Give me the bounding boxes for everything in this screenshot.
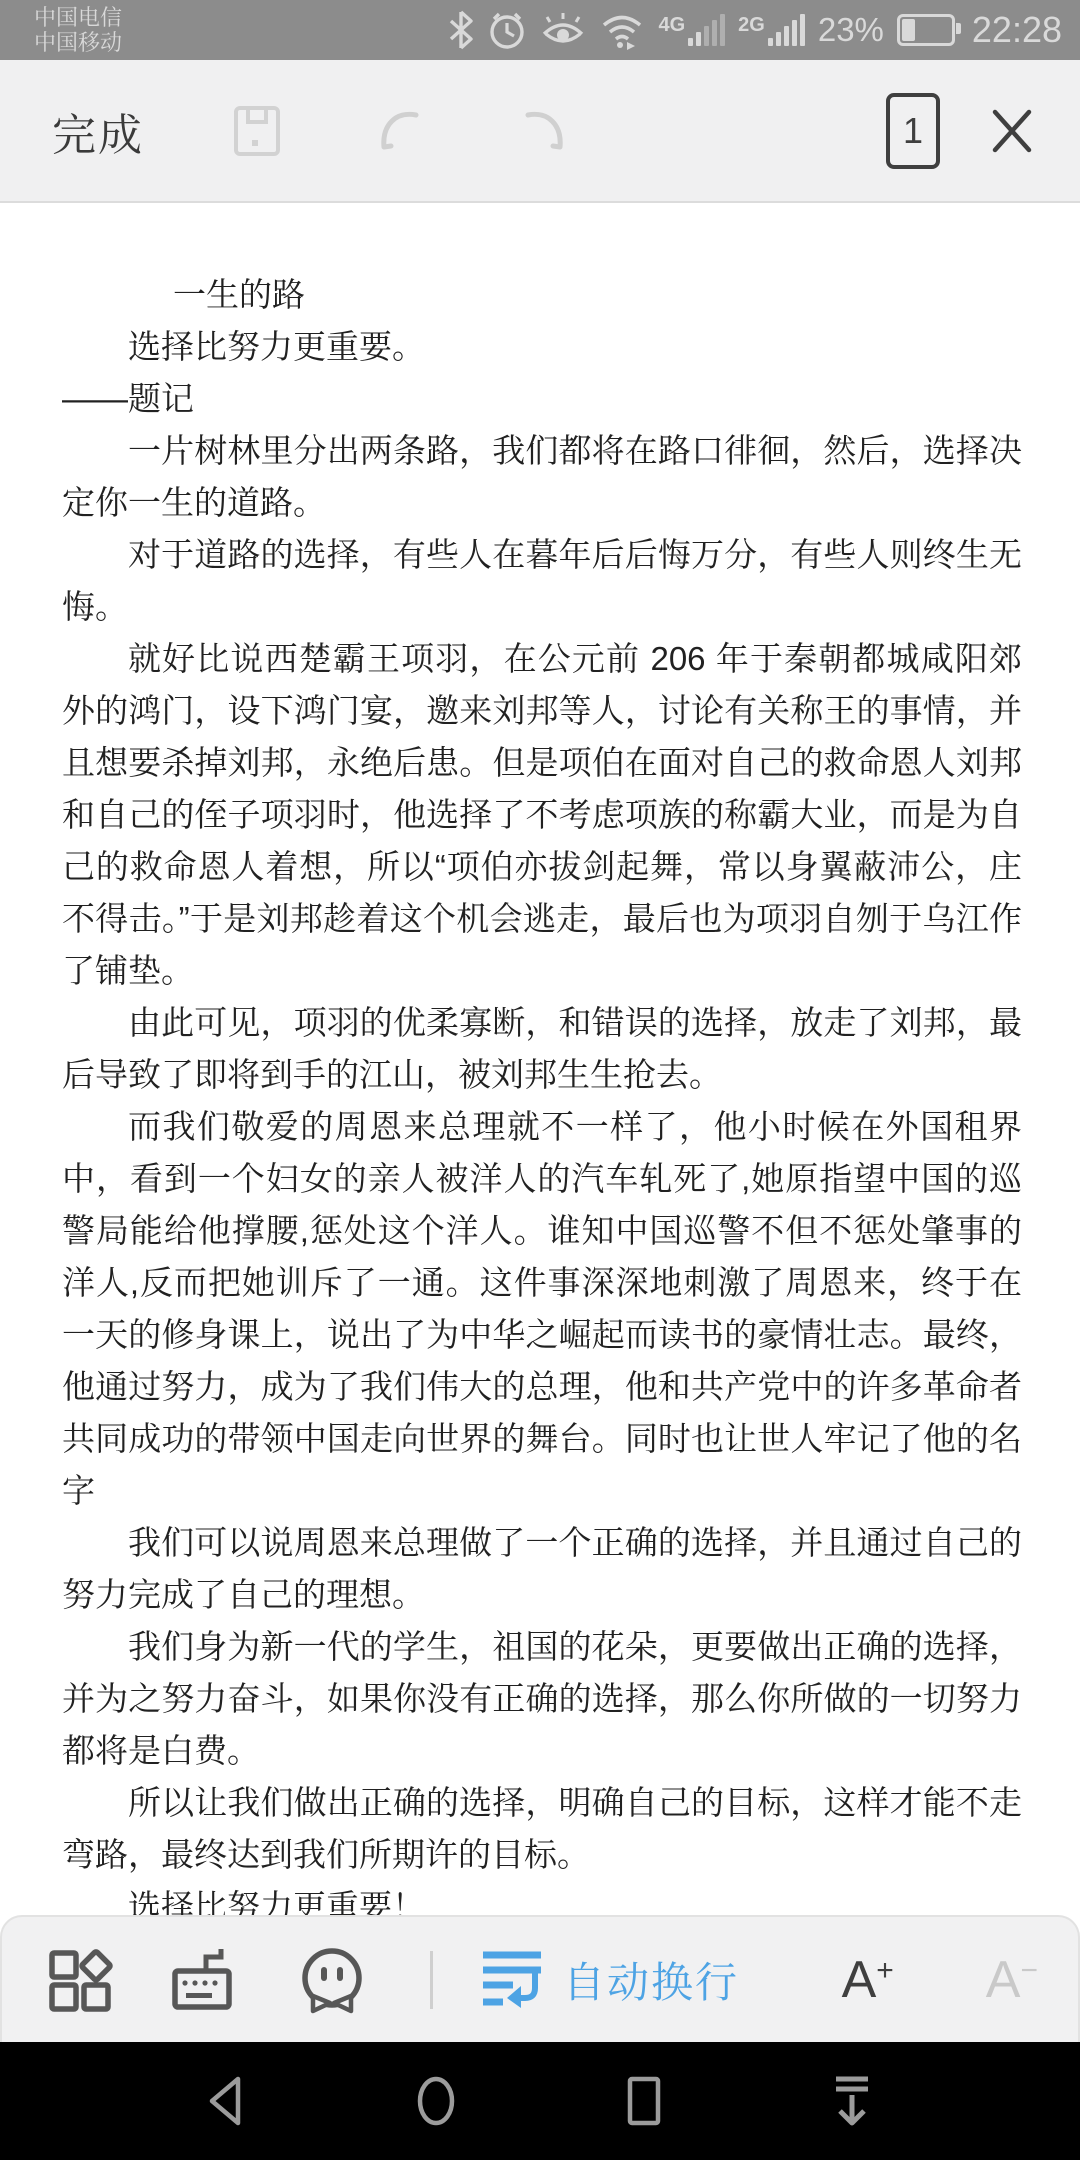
carrier-labels: 中国电信 中国移动 — [34, 5, 122, 55]
toolbar-divider — [430, 1951, 433, 2009]
page-number-box[interactable]: 1 — [886, 93, 940, 169]
document-paragraph: 一生的路 — [62, 269, 1022, 321]
redo-icon[interactable] — [514, 101, 574, 161]
battery-icon — [897, 14, 955, 46]
carrier-line-2: 中国移动 — [34, 30, 122, 55]
document-paragraph: 而我们敬爱的周恩来总理就不一样了，他小时候在外国租界中，看到一个妇女的亲人被洋人… — [62, 1101, 1022, 1517]
wps-mobile-editor: 中国电信 中国移动 4G 2G 23% — [0, 0, 1080, 2160]
status-bar: 中国电信 中国移动 4G 2G 23% — [0, 0, 1080, 60]
font-decrease-sign: − — [1020, 1956, 1038, 1986]
assistant-face-icon[interactable] — [296, 1944, 368, 2016]
signal-bars-2g: 2G — [738, 14, 805, 46]
home-icon[interactable] — [406, 2071, 466, 2131]
document-paragraph: 我们身为新一代的学生，祖国的花朵，更要做出正确的选择，并为之努力奋斗，如果你没有… — [62, 1621, 1022, 1777]
save-icon[interactable] — [228, 102, 286, 160]
clock: 22:28 — [972, 9, 1062, 51]
bottom-toolbar: 自动换行 A+ A− — [0, 1915, 1080, 2042]
undo-icon[interactable] — [370, 101, 430, 161]
document-paragraph: 就好比说西楚霸王项羽，在公元前 206 年于秦朝都城咸阳郊外的鸿门，设下鸿门宴，… — [62, 633, 1022, 997]
document-paragraph: 由此可见，项羽的优柔寡断，和错误的选择，放走了刘邦，最后导致了即将到手的江山，被… — [62, 997, 1022, 1101]
wifi-icon — [599, 10, 645, 50]
page-number: 1 — [903, 110, 923, 152]
alarm-icon — [487, 10, 527, 50]
eye-comfort-icon — [540, 10, 586, 50]
document-body: 一生的路选择比努力更重要。——题记一片树林里分出两条路，我们都将在路口徘徊，然后… — [0, 203, 1080, 1933]
close-icon[interactable] — [986, 105, 1038, 157]
back-icon[interactable] — [198, 2071, 258, 2131]
font-decrease-icon[interactable]: A− — [986, 1954, 1038, 2006]
editor-toolbar: 完成 1 — [0, 60, 1080, 203]
hide-navbar-icon[interactable] — [822, 2071, 882, 2131]
status-icons: 4G 2G 23% 22:28 — [448, 9, 1062, 51]
signal-bars-4g: 4G — [658, 14, 725, 46]
font-increase-letter: A — [842, 1954, 877, 2006]
word-wrap-icon — [479, 1946, 547, 2014]
network-type-label: 2G — [738, 14, 765, 37]
font-increase-sign: + — [876, 1956, 894, 1986]
word-wrap-button[interactable]: 自动换行 — [479, 1946, 739, 2014]
keyboard-icon[interactable] — [168, 1945, 238, 2015]
recents-icon[interactable] — [614, 2071, 674, 2131]
document-paragraph: 我们可以说周恩来总理做了一个正确的选择，并且通过自己的努力完成了自己的理想。 — [62, 1517, 1022, 1621]
carrier-line-1: 中国电信 — [34, 5, 122, 30]
font-decrease-letter: A — [986, 1954, 1021, 2006]
document-canvas[interactable]: 一生的路选择比努力更重要。——题记一片树林里分出两条路，我们都将在路口徘徊，然后… — [0, 203, 1080, 2042]
document-paragraph: 对于道路的选择，有些人在暮年后后悔万分，有些人则终生无悔。 — [62, 529, 1022, 633]
word-wrap-label: 自动换行 — [563, 1950, 739, 2010]
android-nav-bar — [0, 2042, 1080, 2160]
document-paragraph: 所以让我们做出正确的选择，明确自己的目标，这样才能不走弯路，最终达到我们所期许的… — [62, 1777, 1022, 1881]
done-button[interactable]: 完成 — [52, 99, 144, 163]
network-type-label: 4G — [658, 14, 685, 37]
font-increase-icon[interactable]: A+ — [842, 1954, 894, 2006]
bluetooth-icon — [448, 10, 474, 50]
tools-grid-icon[interactable] — [44, 1945, 114, 2015]
document-paragraph: 选择比努力更重要。 — [62, 321, 1022, 373]
battery-percent: 23% — [818, 11, 884, 49]
document-paragraph: ——题记 — [62, 373, 1022, 425]
document-paragraph: 一片树林里分出两条路，我们都将在路口徘徊，然后，选择决定你一生的道路。 — [62, 425, 1022, 529]
